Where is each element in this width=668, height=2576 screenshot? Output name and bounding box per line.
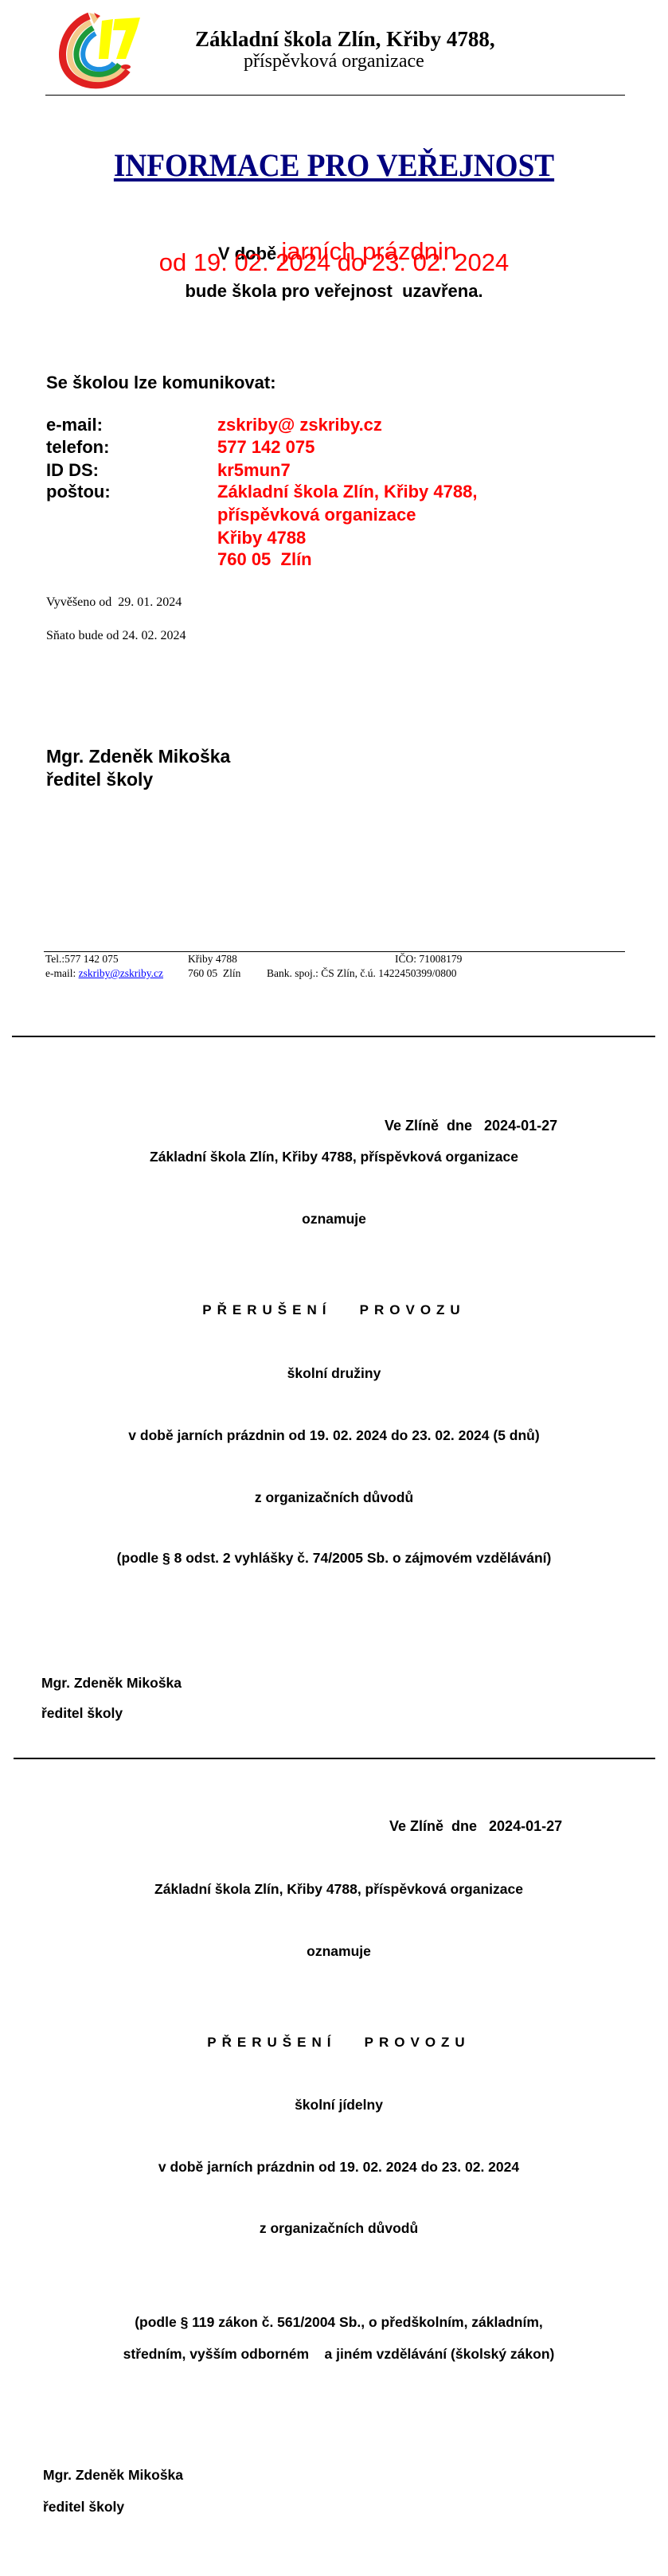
school-logo-icon <box>57 11 143 89</box>
headline: PŘERUŠENÍ PROVOZU <box>0 1302 668 1318</box>
footer-ico: IČO: 71008179 <box>395 953 462 966</box>
page-divider-1 <box>12 1036 655 1037</box>
contact-value-email: zskriby@ zskriby.cz <box>217 415 382 435</box>
signer-title: ředitel školy <box>41 1705 123 1722</box>
legal-basis-line-2: středním, vyšším odborném a jiném vzdělá… <box>5 2346 668 2363</box>
page-divider-2 <box>14 1758 655 1759</box>
header-rule <box>45 95 625 96</box>
footer-email-line: e-mail: zskriby@zskriby.cz <box>45 967 163 980</box>
reason: z organizačních důvodů <box>0 1489 668 1506</box>
contact-value-post: Základní škola Zlín, Křiby 4788, <box>217 482 477 502</box>
contact-value-idds: kr5mun7 <box>217 460 291 481</box>
organization: Základní škola Zlín, Křiby 4788, příspěv… <box>0 1149 668 1165</box>
signer-title: ředitel školy <box>43 2499 124 2516</box>
closure-period: od 19. 02. 2024 do 23. 02. 2024 <box>0 248 668 277</box>
contact-heading: Se školou lze komunikovat: <box>46 373 276 393</box>
footer-email-link[interactable]: zskriby@zskriby.cz <box>79 967 163 979</box>
footer-bank: Bank. spoj.: ČS Zlín, č.ú. 1422450399/08… <box>267 967 457 980</box>
contact-label-idds: ID DS: <box>46 460 99 481</box>
signer-name: Mgr. Zdeněk Mikoška <box>43 2467 183 2484</box>
school-name: Základní škola Zlín, Křiby 4788, <box>195 27 495 52</box>
postal-line-4: 760 05 Zlín <box>217 549 312 570</box>
announces: oznamuje <box>5 1943 668 1960</box>
place-date: Ve Zlíně dne 2024-01-27 <box>385 1118 557 1134</box>
postal-line-2: příspěvková organizace <box>217 505 416 525</box>
place-date: Ve Zlíně dne 2024-01-27 <box>389 1818 562 1835</box>
posted-from: Vyvěšeno od 29. 01. 2024 <box>46 595 182 610</box>
organization: Základní škola Zlín, Křiby 4788, příspěv… <box>5 1881 668 1898</box>
legal-basis-line-1: (podle § 119 zákon č. 561/2004 Sb., o př… <box>5 2314 668 2331</box>
announces: oznamuje <box>0 1211 668 1228</box>
contact-label-post: poštou: <box>46 482 111 502</box>
contact-label-phone: telefon: <box>46 437 109 458</box>
footer-tel: Tel.:577 142 075 <box>45 953 119 966</box>
footer-email-label: e-mail: <box>45 967 79 979</box>
contact-value-phone: 577 142 075 <box>217 437 314 458</box>
school-type: příspěvková organizace <box>244 51 424 72</box>
legal-basis: (podle § 8 odst. 2 vyhlášky č. 74/2005 S… <box>0 1550 668 1567</box>
signer-name: Mgr. Zdeněk Mikoška <box>46 746 230 767</box>
footer-city: 760 05 Zlín <box>188 967 240 980</box>
footer-rule <box>44 951 625 952</box>
subject: školní jídelny <box>5 2097 668 2113</box>
signer-title: ředitel školy <box>46 769 153 790</box>
period: v době jarních prázdnin od 19. 02. 2024 … <box>0 1427 668 1444</box>
removed-from: Sňato bude od 24. 02. 2024 <box>46 629 186 643</box>
page-title: INFORMACE PRO VEŘEJNOST <box>23 146 644 184</box>
contact-label-email: e-mail: <box>46 415 103 435</box>
subject: školní družiny <box>0 1365 668 1382</box>
closure-text: bude škola pro veřejnost uzavřena. <box>0 281 668 302</box>
reason: z organizačních důvodů <box>5 2220 668 2237</box>
period: v době jarních prázdnin od 19. 02. 2024 … <box>5 2159 668 2176</box>
postal-line-3: Křiby 4788 <box>217 528 306 548</box>
signer-name: Mgr. Zdeněk Mikoška <box>41 1675 182 1692</box>
footer-street: Křiby 4788 <box>188 953 237 966</box>
headline: PŘERUŠENÍ PROVOZU <box>5 2035 668 2051</box>
